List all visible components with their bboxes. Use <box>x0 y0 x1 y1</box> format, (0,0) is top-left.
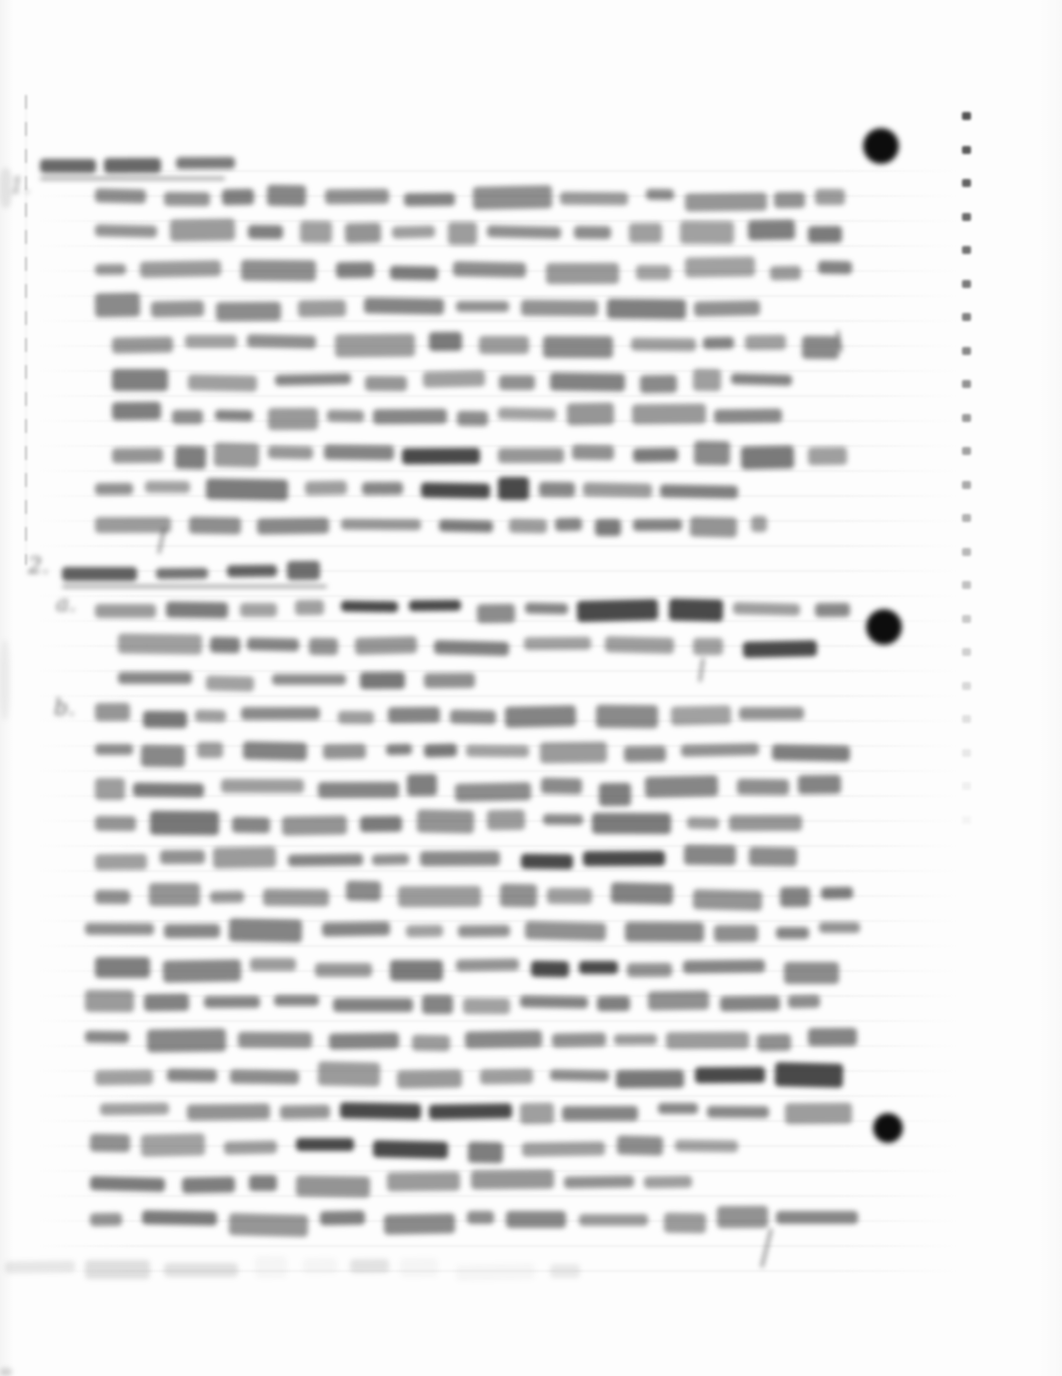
punch-hole-mark <box>873 1113 903 1143</box>
punch-hole-mark <box>866 609 902 645</box>
scanned-notes-page: 1.2.a.b. <box>0 0 1062 1376</box>
punch-holes-layer <box>0 0 1062 1376</box>
punch-hole-mark <box>863 128 899 164</box>
